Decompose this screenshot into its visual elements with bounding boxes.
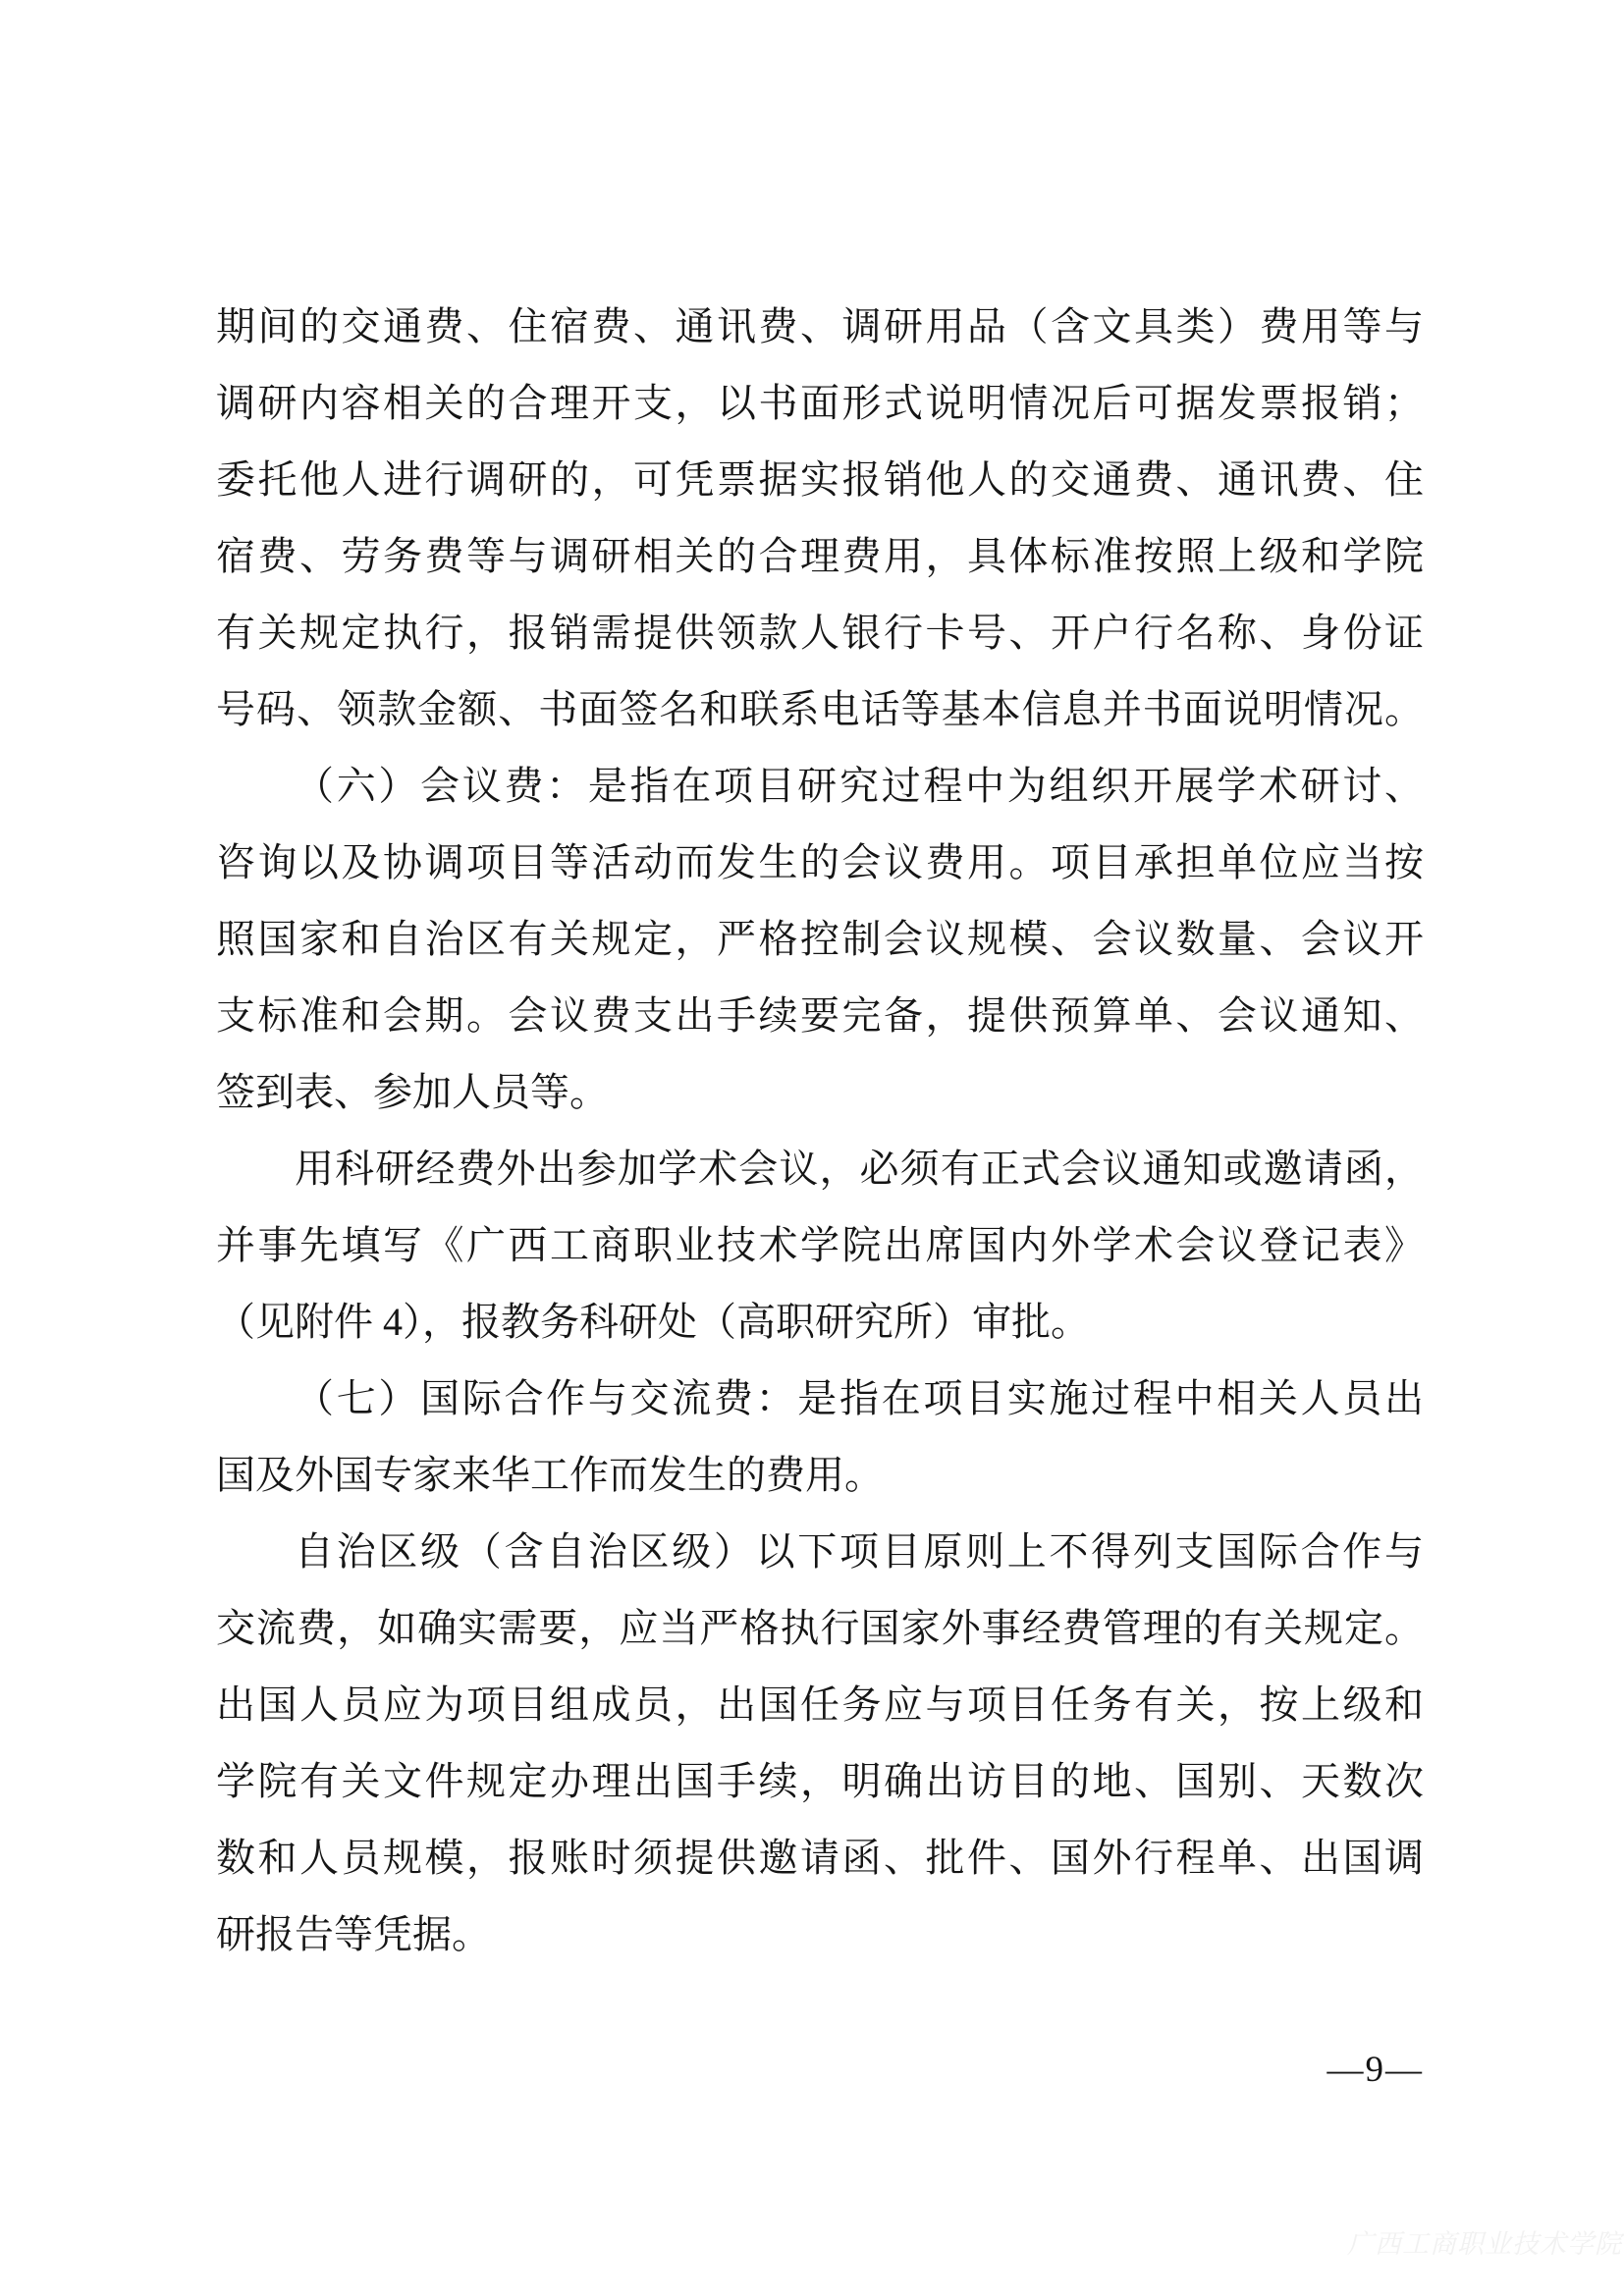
text-line: 咨询以及协调项目等活动而发生的会议费用。项目承担单位应当按 [216,825,1424,901]
text-line: 照国家和自治区有关规定，严格控制会议规模、会议数量、会议开 [216,901,1424,978]
text-line: 号码、领款金额、书面签名和联系电话等基本信息并书面说明情况。 [216,671,1424,748]
text-line: 数和人员规模，报账时须提供邀请函、批件、国外行程单、出国调 [216,1820,1424,1896]
text-line: 国及外国专家来华工作而发生的费用。 [216,1437,1424,1514]
text-line: 用科研经费外出参加学术会议，必须有正式会议通知或邀请函， [216,1131,1424,1207]
text-line: 宿费、劳务费等与调研相关的合理费用，具体标准按照上级和学院 [216,518,1424,595]
text-line: 期间的交通费、住宿费、通讯费、调研用品（含文具类）费用等与 [216,289,1424,365]
text-line: 调研内容相关的合理开支，以书面形式说明情况后可据发票报销； [216,365,1424,442]
text-line: 签到表、参加人员等。 [216,1054,1424,1131]
text-line: 委托他人进行调研的，可凭票据实报销他人的交通费、通讯费、住 [216,442,1424,518]
text-line: 交流费，如确实需要，应当严格执行国家外事经费管理的有关规定。 [216,1590,1424,1667]
text-line-section-7-heading: （七）国际合作与交流费：是指在项目实施过程中相关人员出 [216,1361,1424,1437]
text-line: （见附件 4），报教务科研处（高职研究所）审批。 [216,1284,1424,1361]
text-line: 出国人员应为项目组成员，出国任务应与项目任务有关，按上级和 [216,1667,1424,1743]
text-line: 支标准和会期。会议费支出手续要完备，提供预算单、会议通知、 [216,978,1424,1054]
watermark-text: 广西工商职业技术学院 [1347,2228,1622,2260]
text-line-section-6-heading: （六）会议费：是指在项目研究过程中为组织开展学术研讨、 [216,748,1424,825]
text-line: 研报告等凭据。 [216,1896,1424,1973]
text-line: 学院有关文件规定办理出国手续，明确出访目的地、国别、天数次 [216,1743,1424,1820]
text-line: 有关规定执行，报销需提供领款人银行卡号、开户行名称、身份证 [216,595,1424,671]
document-page: 期间的交通费、住宿费、通讯费、调研用品（含文具类）费用等与 调研内容相关的合理开… [0,0,1624,2296]
text-line: 自治区级（含自治区级）以下项目原则上不得列支国际合作与 [216,1514,1424,1590]
document-body: 期间的交通费、住宿费、通讯费、调研用品（含文具类）费用等与 调研内容相关的合理开… [216,289,1424,1973]
page-number: —9— [1327,2048,1425,2093]
text-line: 并事先填写《广西工商职业技术学院出席国内外学术会议登记表》 [216,1207,1424,1284]
